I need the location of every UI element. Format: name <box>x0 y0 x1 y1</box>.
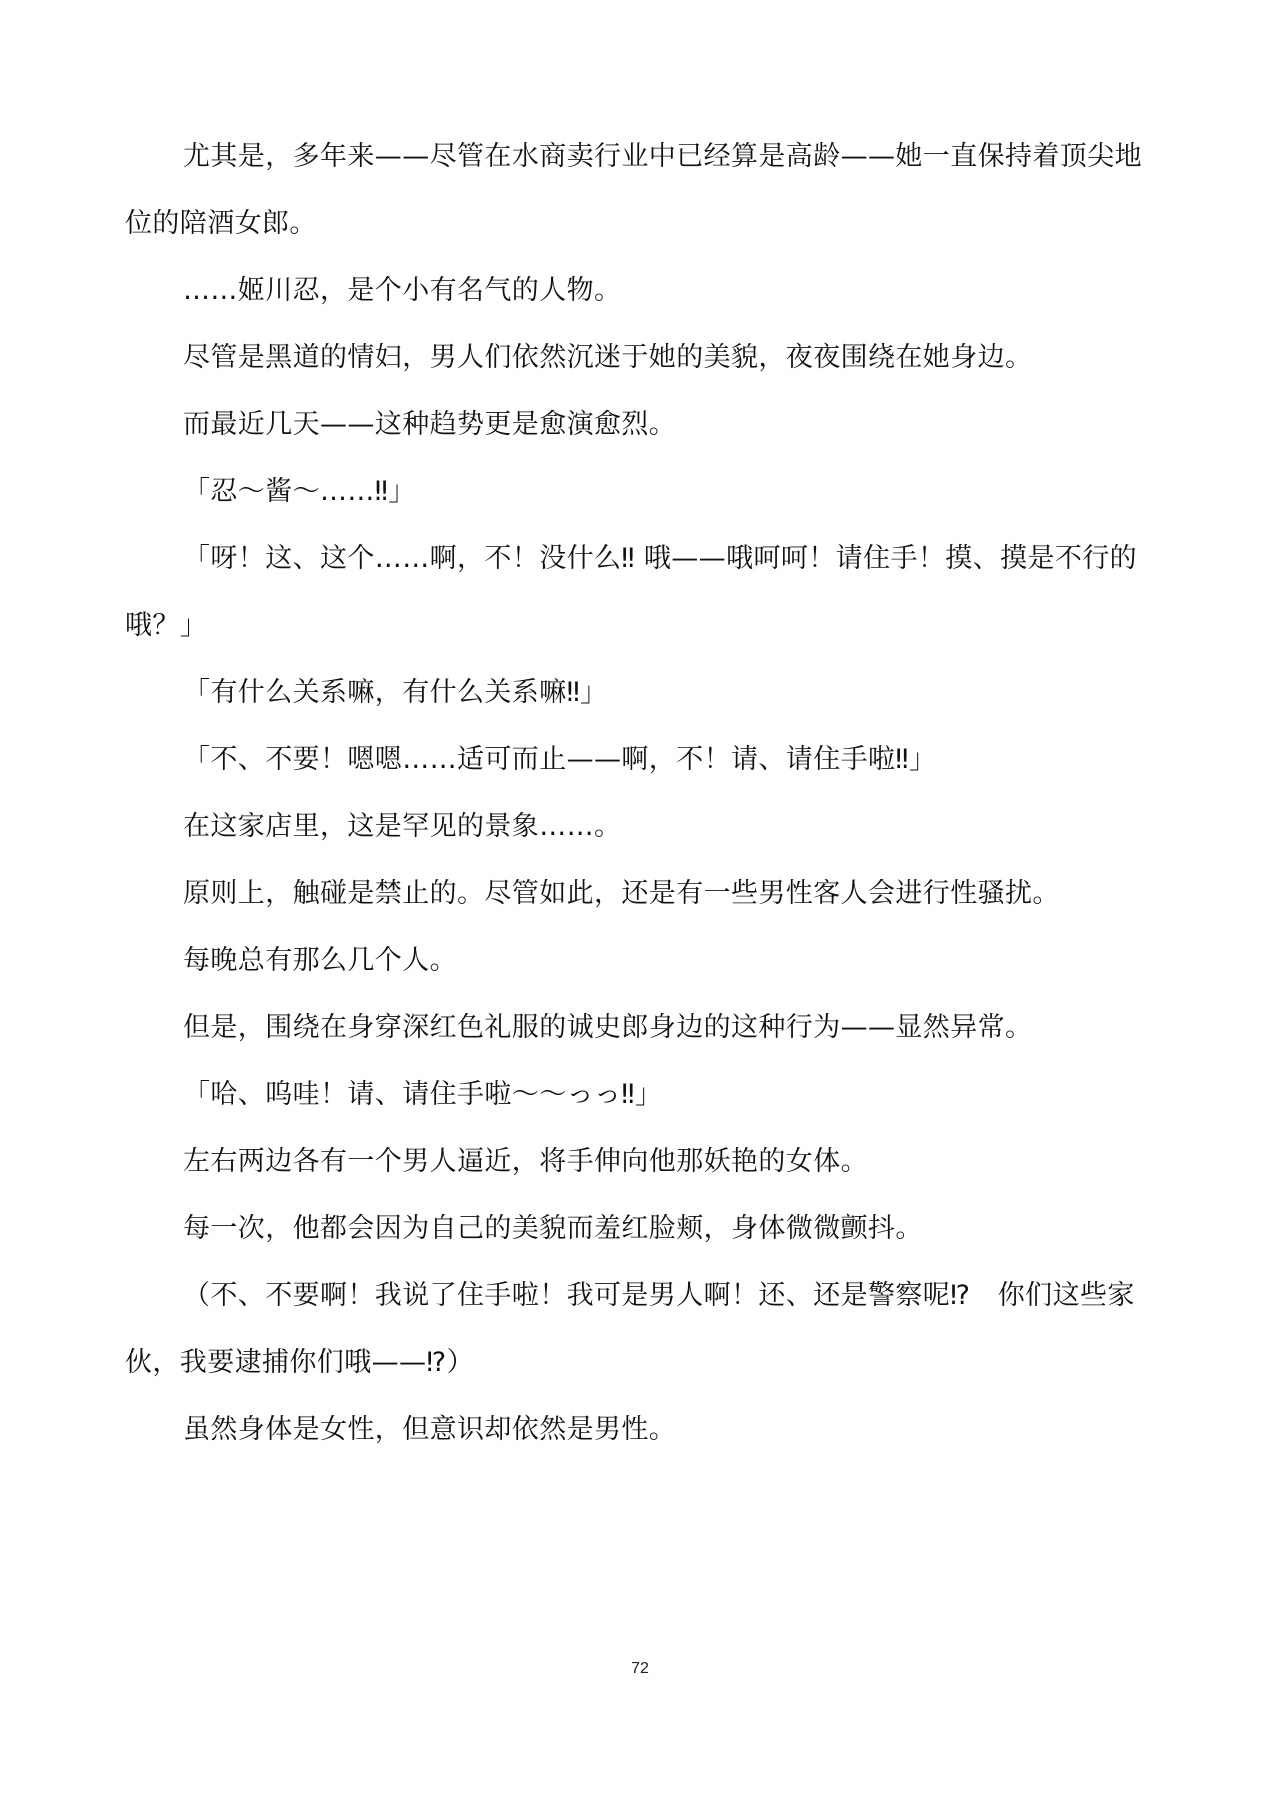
paragraph: 每一次，他都会因为自己的美貌而羞红脸颊，身体微微颤抖。 <box>125 1195 1160 1262</box>
paragraph: 尽管是黑道的情妇，男人们依然沉迷于她的美貌，夜夜围绕在她身边。 <box>125 324 1160 391</box>
page-number: 72 <box>0 1660 1280 1678</box>
dialogue-paragraph: 「不、不要！嗯嗯……适可而止——啊，不！请、请住手啦‼」 <box>125 726 1160 793</box>
paragraph: 尤其是，多年来——尽管在水商卖行业中已经算是高龄——她一直保持着顶尖地位的陪酒女… <box>125 123 1160 257</box>
paragraph: 在这家店里，这是罕见的景象……。 <box>125 793 1160 860</box>
paragraph: 每晚总有那么几个人。 <box>125 927 1160 994</box>
paragraph: 虽然身体是女性，但意识却依然是男性。 <box>125 1396 1160 1463</box>
dialogue-paragraph: 「呀！这、这个……啊，不！没什么‼ 哦——哦呵呵！请住手！摸、摸是不行的哦？」 <box>125 525 1160 659</box>
document-page: 尤其是，多年来——尽管在水商卖行业中已经算是高龄——她一直保持着顶尖地位的陪酒女… <box>0 0 1280 1810</box>
paragraph: ……姬川忍，是个小有名气的人物。 <box>125 257 1160 324</box>
dialogue-paragraph: 「有什么关系嘛，有什么关系嘛‼」 <box>125 659 1160 726</box>
paragraph: 左右两边各有一个男人逼近，将手伸向他那妖艳的女体。 <box>125 1128 1160 1195</box>
paragraph: 但是，围绕在身穿深红色礼服的诚史郎身边的这种行为——显然异常。 <box>125 994 1160 1061</box>
paragraph: 原则上，触碰是禁止的。尽管如此，还是有一些男性客人会进行性骚扰。 <box>125 860 1160 927</box>
inner-thought-paragraph: （不、不要啊！我说了住手啦！我可是男人啊！还、还是警察呢⁉ 你们这些家伙，我要逮… <box>125 1262 1160 1396</box>
paragraph: 而最近几天——这种趋势更是愈演愈烈。 <box>125 391 1160 458</box>
text-body: 尤其是，多年来——尽管在水商卖行业中已经算是高龄——她一直保持着顶尖地位的陪酒女… <box>125 123 1160 1463</box>
dialogue-paragraph: 「忍～酱～……‼」 <box>125 458 1160 525</box>
dialogue-paragraph: 「哈、呜哇！请、请住手啦～～っっ‼」 <box>125 1061 1160 1128</box>
